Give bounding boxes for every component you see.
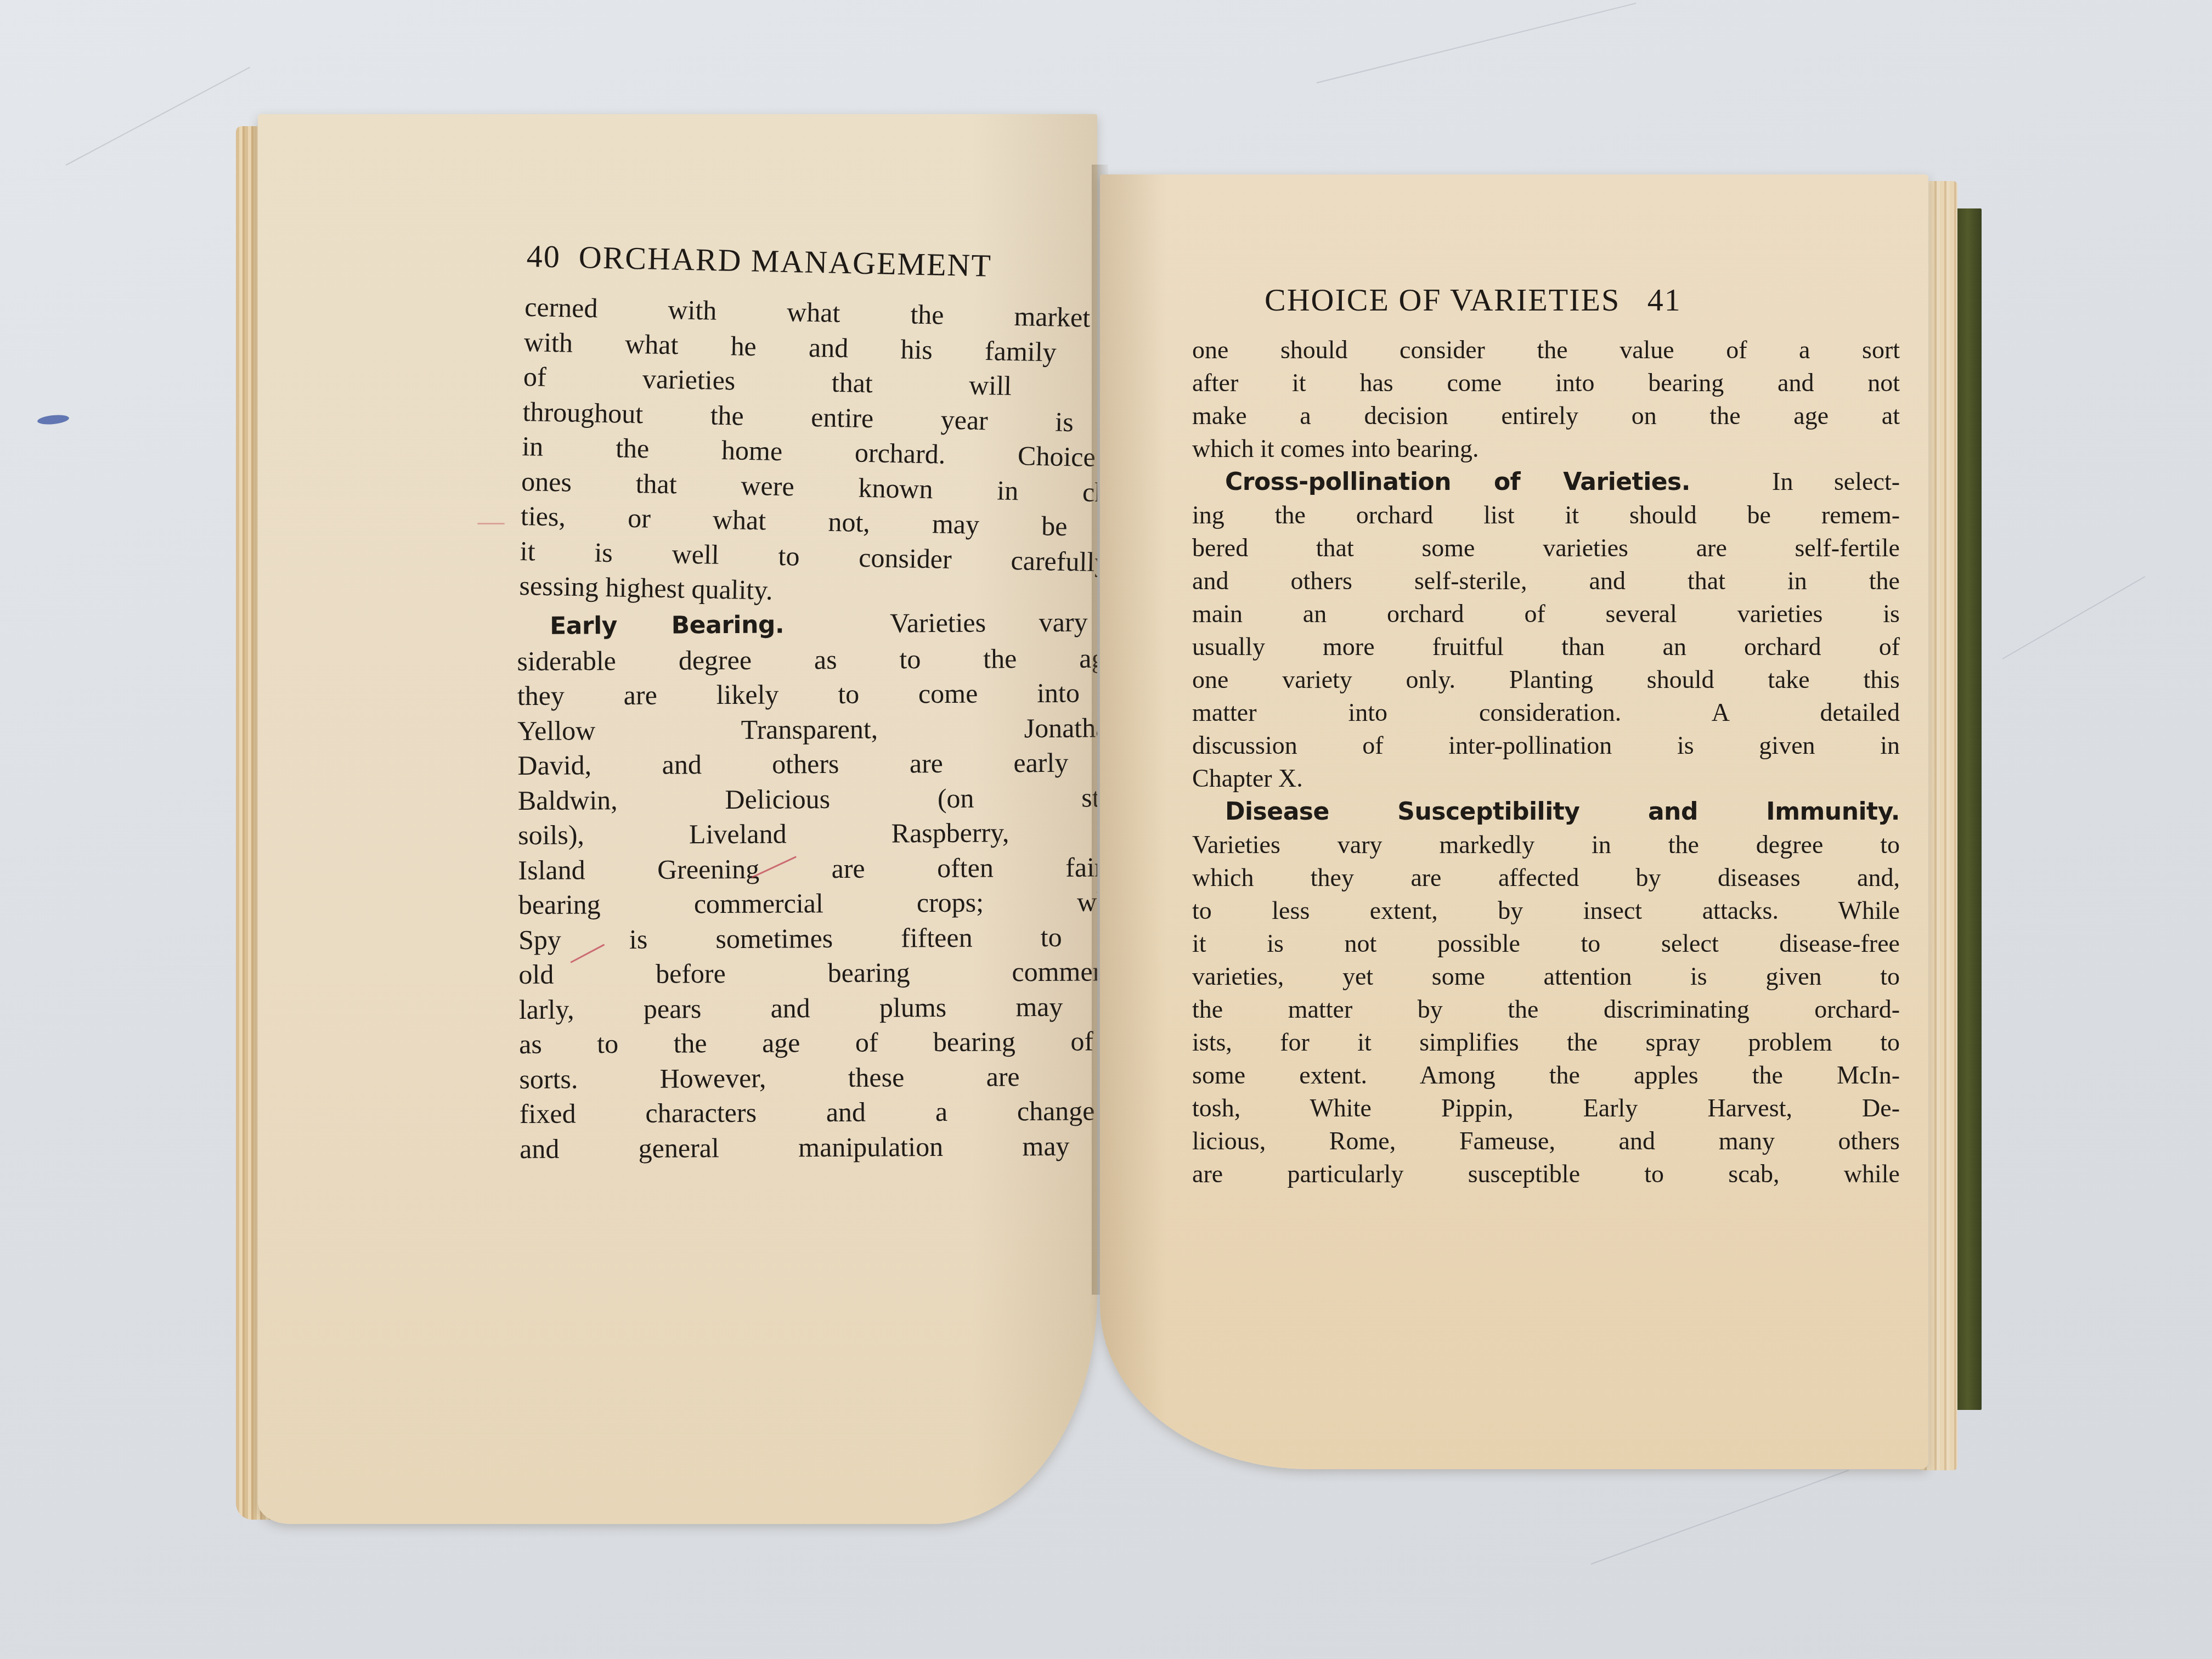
text-line: usually more fruitful than an orchard of: [1192, 630, 1900, 663]
text-line: some extent. Among the apples the McIn-: [1192, 1059, 1900, 1092]
page-number: 41: [1647, 282, 1681, 318]
text-line: old before bearing commercially. Simi-: [518, 953, 1097, 992]
page-number: 40: [526, 238, 561, 274]
right-page: CHOICE OF VARIETIES 41 one should consid…: [1100, 174, 1928, 1469]
early-bearing-section: Early Bearing. Varieties vary to a con- …: [517, 603, 1097, 1166]
text-line: the matter by the discriminating orchard…: [1192, 993, 1900, 1026]
text-line: Island Greening are often fairly late in: [518, 849, 1097, 888]
text-line: discussion of inter-pollination is given…: [1192, 729, 1900, 762]
text-line: larly, pears and plums may be classified: [519, 988, 1097, 1027]
open-book: 40 ORCHARD MANAGEMENT cerned with what t…: [0, 0, 2212, 1659]
red-pen-mark: [477, 523, 505, 524]
text-line: matter into consideration. A detailed: [1192, 696, 1900, 729]
text-line: one should consider the value of a sort: [1192, 334, 1900, 366]
text-line: are particularly susceptible to scab, wh…: [1192, 1158, 1900, 1190]
section-first-line: Cross-pollination of Varieties. In selec…: [1192, 465, 1900, 499]
left-page: 40 ORCHARD MANAGEMENT cerned with what t…: [258, 114, 1097, 1524]
text-line: and general manipulation may shift them: [520, 1127, 1097, 1166]
section-heading: Cross-pollination of Varieties.: [1225, 468, 1690, 496]
text-line: siderable degree as to the age at which: [517, 640, 1097, 679]
text-line: ing the orchard list it should be remem-: [1192, 499, 1900, 532]
section-heading: Disease Susceptibility and Immunity.: [1225, 798, 1900, 826]
text-line: main an orchard of several varieties is: [1192, 597, 1900, 630]
text-line: bered that some varieties are self-ferti…: [1192, 532, 1900, 565]
text-line: tosh, White Pippin, Early Harvest, De-: [1192, 1092, 1900, 1125]
running-head-title: CHOICE OF VARIETIES: [1265, 282, 1620, 318]
section-heading: Early Bearing.: [550, 611, 784, 640]
text-line: Varieties vary markedly in the degree to: [1192, 828, 1900, 861]
text-line: which it comes into bearing.: [1192, 432, 1900, 465]
text-line: make a decision entirely on the age at: [1192, 399, 1900, 432]
text-line: licious, Rome, Fameuse, and many others: [1192, 1125, 1900, 1158]
text-line: they are likely to come into bearing. Th…: [517, 674, 1097, 713]
text-line: it is not possible to select disease-fre…: [1192, 927, 1900, 960]
section-heading-line: Disease Susceptibility and Immunity.: [1192, 795, 1900, 828]
text-line: ists, for it simplifies the spray proble…: [1192, 1026, 1900, 1059]
right-body-text: one should consider the value of a sort …: [1192, 334, 1900, 1190]
text-line: fixed characters and a change in culture: [520, 1092, 1097, 1131]
text-line: after it has come into bearing and not: [1192, 366, 1900, 399]
text-line: as to the age of bearing of the differen…: [519, 1023, 1097, 1062]
left-running-head: 40 ORCHARD MANAGEMENT: [526, 238, 992, 284]
text-line: bearing commercial crops; while Northern: [518, 883, 1097, 922]
left-body-text: cerned with what the market wants, but w…: [519, 290, 1097, 619]
section-first-line: Early Bearing. Varieties vary to a con-: [517, 603, 1097, 644]
right-running-head: CHOICE OF VARIETIES 41: [1265, 281, 1681, 318]
text-line: and others self-sterile, and that in the: [1192, 565, 1900, 597]
text-line: Yellow Transparent, Jonathan, King: [517, 709, 1097, 748]
text-line: Baldwin, Delicious (on strong, heavy: [518, 779, 1097, 818]
running-head-title: ORCHARD MANAGEMENT: [578, 239, 992, 284]
text-line: varieties, yet some attention is given t…: [1192, 960, 1900, 993]
text-line: which they are affected by diseases and,: [1192, 861, 1900, 894]
book-cover-edge: [1954, 208, 1982, 1410]
text-line: one variety only. Planting should take t…: [1192, 663, 1900, 696]
text-line: soils), Liveland Raspberry, and Rhode: [518, 814, 1097, 853]
text-line: Spy is sometimes fifteen to twenty years: [518, 918, 1097, 957]
text-line: sorts. However, these are not absolutely: [519, 1058, 1097, 1097]
text-line: David, and others are early bearers; the: [517, 744, 1097, 783]
text-line: to less extent, by insect attacks. While: [1192, 894, 1900, 927]
text-line: Chapter X.: [1192, 762, 1900, 795]
